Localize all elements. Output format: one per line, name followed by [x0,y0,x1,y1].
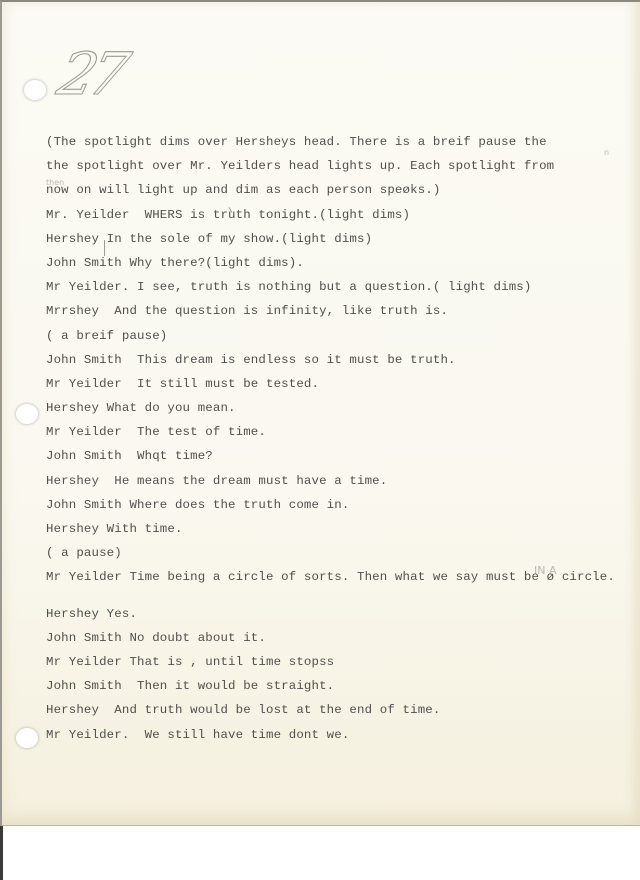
dialogue-line: Hershey With time. [46,517,620,541]
dialogue-line: Hershey What do you mean. [46,396,620,420]
dialogue-line: Hershey In the sole of my show.(light di… [46,227,620,251]
typewritten-script: (The spotlight dims over Hersheys head. … [46,130,620,747]
stage-direction: now on will light up and dim as each per… [46,178,620,202]
handwritten-page-number: 27 [52,40,131,108]
dialogue-line: Mrrshey And the question is infinity, li… [46,299,620,323]
dialogue-line: Hershey He means the dream must have a t… [46,469,620,493]
stage-direction: (The spotlight dims over Hersheys head. … [46,130,620,154]
punch-hole [24,80,46,100]
script-page: 27 then n IN A (The spotlight dims over … [0,0,640,826]
dialogue-line: John Smith This dream is endless so it m… [46,348,620,372]
dialogue-line: John Smith Whqt time? [46,444,620,468]
dialogue-line: Mr Yeilder That is , until time stopss [46,650,620,674]
dialogue-line: Mr Yeilder It still must be tested. [46,372,620,396]
dialogue-line: Mr. Yeilder WHERS is truth tonight.(ligh… [46,203,620,227]
punch-hole [16,728,38,748]
stage-direction: the spotlight over Mr. Yeilders head lig… [46,154,620,178]
pencil-mark [104,240,105,256]
punch-hole [16,404,38,424]
dialogue-line: John Smith No doubt about it. [46,626,620,650]
dialogue-line: John Smith Where does the truth come in. [46,493,620,517]
dialogue-line: Mr Yeilder The test of time. [46,420,620,444]
dialogue-line: Hershey And truth would be lost at the e… [46,698,620,722]
background-strip [0,826,640,880]
dialogue-line: John Smith Why there?(light dims). [46,251,620,275]
dialogue-line: John Smith Then it would be straight. [46,674,620,698]
dialogue-line: Mr Yeilder. I see, truth is nothing but … [46,275,620,299]
dialogue-line: Mr Yeilder Time being a circle of sorts.… [46,565,620,589]
stage-direction: ( a pause) [46,541,620,565]
dialogue-line: Mr Yeilder. We still have time dont we. [46,723,620,747]
dialogue-line: Hershey Yes. [46,602,620,626]
stage-direction: ( a breif pause) [46,324,620,348]
